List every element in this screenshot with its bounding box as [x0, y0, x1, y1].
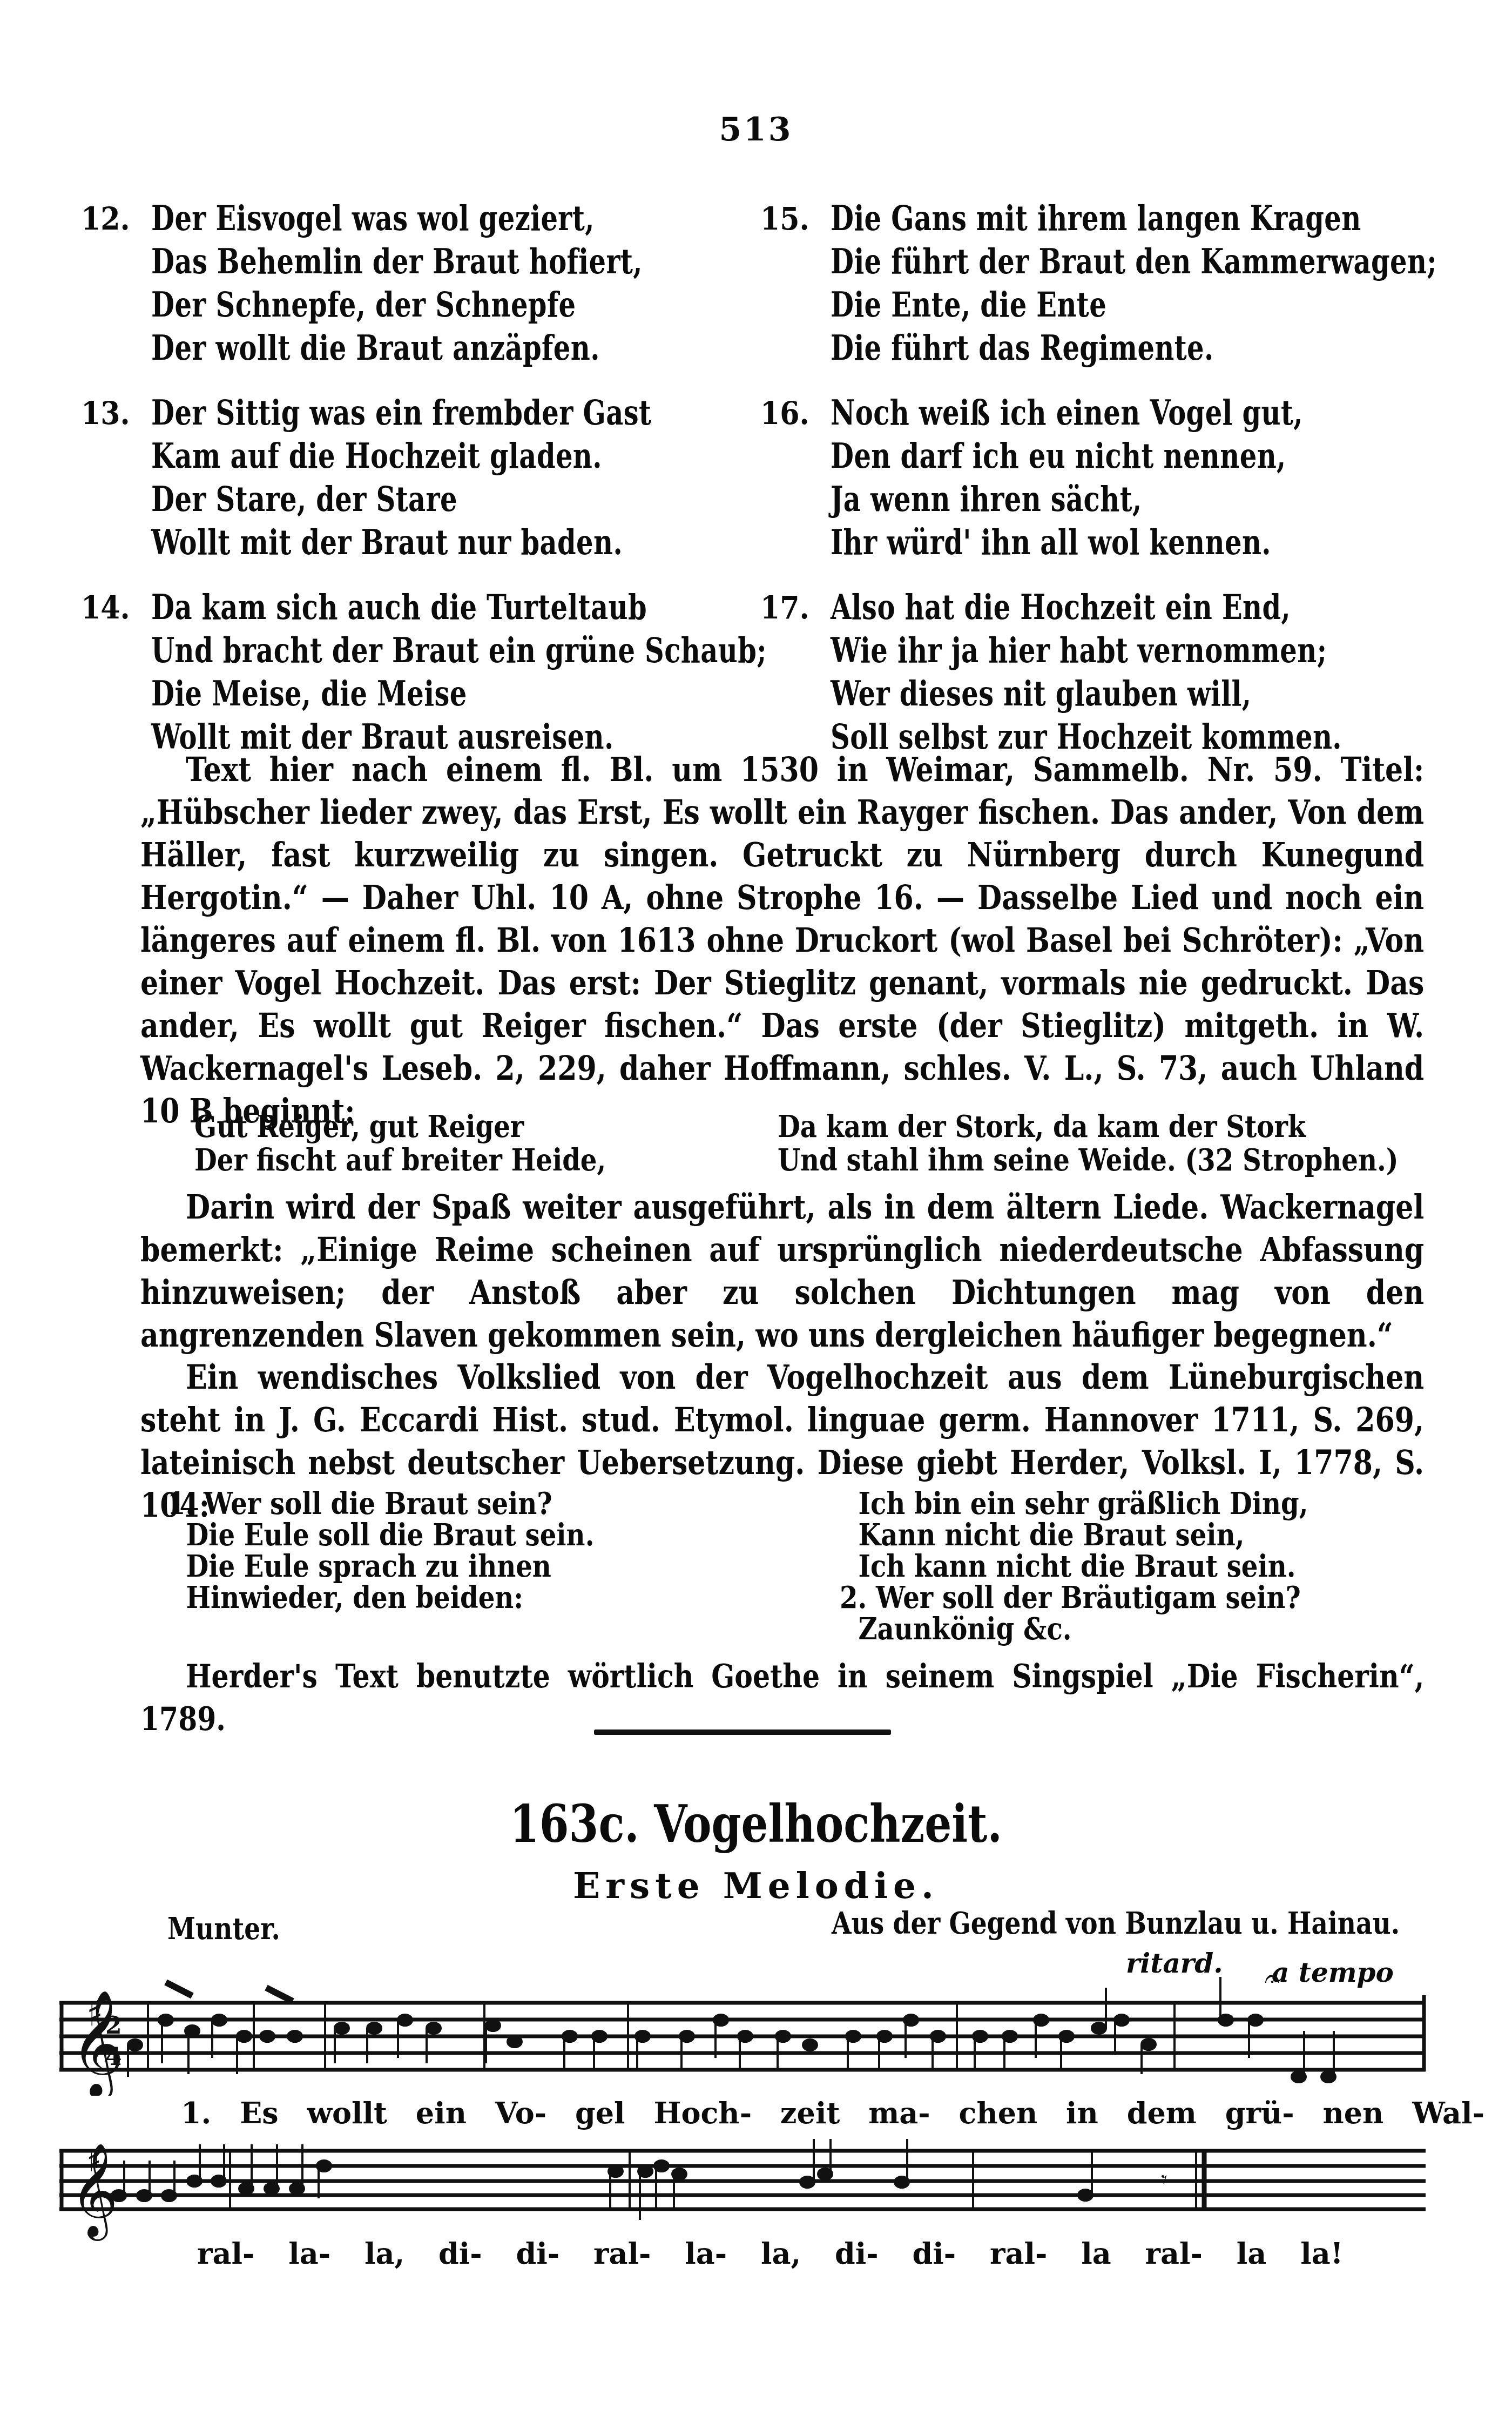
herder-quote-left: 1. Wer soll die Braut sein? Die Eule sol…: [167, 1488, 594, 1613]
lyric-syllable: ral-: [197, 2236, 254, 2271]
lyric-syllable: grü-: [1225, 2096, 1294, 2130]
verse-line: Der wollt die Braut anzäpfen.: [151, 327, 671, 370]
lyric-syllable: la-: [288, 2236, 330, 2271]
svg-text:𝄐: 𝄐: [1265, 1966, 1280, 1994]
lyric-syllable: ma-: [868, 2096, 930, 2130]
verse-line: Da kam sich auch die Turteltaub: [151, 586, 671, 629]
stanza-number: 15.: [760, 197, 820, 240]
verse-line: Und bracht der Braut ein grüne Schaub;: [151, 629, 671, 672]
stanza-17: 17. Also hat die Hochzeit ein End, Wie i…: [760, 586, 1462, 759]
lyric-syllable: zeit: [780, 2096, 840, 2130]
quote-line: Der fischt auf breiter Heide,: [194, 1143, 606, 1177]
lyric-syllable: dem: [1127, 2096, 1197, 2130]
verse-column-right: 15. Die Gans mit ihrem langen Kragen Die…: [760, 197, 1462, 780]
lyric-syllable: Vo-: [495, 2096, 546, 2130]
song-title-text: 163c. Vogelhochzeit.: [510, 1793, 1002, 1854]
music-staff-1: 𝄞 ♯ 24: [59, 1966, 1431, 2096]
sharp-icon: ♯: [86, 2142, 102, 2179]
commentary-text: Darin wird der Spaß weiter ausgeführt, a…: [140, 1186, 1424, 1356]
book-page: 513 12. Der Eisvogel was wol geziert, Da…: [0, 0, 1512, 2436]
commentary-paragraph-2: Darin wird der Spaß weiter ausgeführt, a…: [140, 1186, 1426, 1356]
lyric-syllable: gel: [575, 2096, 625, 2130]
quote-line: Die Eule soll die Braut sein.: [167, 1519, 594, 1551]
quote-line: Die Eule sprach zu ihnen: [167, 1551, 594, 1582]
svg-text:♯: ♯: [86, 1994, 103, 2034]
stanza-13: 13. Der Sittig was ein frembder Gast Kam…: [81, 392, 756, 564]
quote-line: Gut Reiger, gut Reiger: [194, 1110, 606, 1143]
verse-line: Der Eisvogel was wol geziert,: [151, 197, 671, 240]
stanza-14: 14. Da kam sich auch die Turteltaub Und …: [81, 586, 756, 759]
lyric-syllable: ral-: [593, 2236, 651, 2271]
stanza-number: 13.: [81, 392, 140, 435]
quote-line: Da kam der Stork, da kam der Stork: [778, 1110, 1399, 1143]
quote-left-column: Gut Reiger, gut Reiger Der fischt auf br…: [194, 1110, 606, 1177]
lyric-syllable: Wal-: [1412, 2096, 1484, 2130]
song-subtitle: Erste Melodie.: [0, 1865, 1512, 1907]
svg-text:♯: ♯: [86, 2142, 102, 2179]
stanza-16: 16. Noch weiß ich einen Vogel gut, Den d…: [760, 392, 1462, 564]
lyric-syllable: di-: [438, 2236, 482, 2271]
verse-line: Ihr würd' ihn all wol kennen.: [831, 521, 1374, 564]
page-number: 513: [0, 111, 1512, 149]
quote-line: 2. Wer soll der Bräutigam sein?: [840, 1582, 1308, 1613]
lyric-syllable: Es: [240, 2096, 279, 2130]
lyric-syllable: di-: [516, 2236, 560, 2271]
lyric-syllable: chen: [959, 2096, 1038, 2130]
lyric-syllable: Hoch-: [653, 2096, 752, 2130]
verse-line: Die Ente, die Ente: [831, 284, 1374, 327]
stanza-15: 15. Die Gans mit ihrem langen Kragen Die…: [760, 197, 1462, 370]
song-origin: Aus der Gegend von Bunzlau u. Hainau.: [832, 1906, 1400, 1941]
quote-line: Und stahl ihm seine Weide. (32 Strophen.…: [778, 1143, 1399, 1177]
svg-text:𝄾: 𝄾: [1161, 2166, 1167, 2193]
tempo-marking: Munter.: [167, 1911, 280, 1947]
lyric-syllable: 1.: [181, 2096, 211, 2130]
section-divider: [594, 1730, 891, 1735]
verse-line: Die Meise, die Meise: [151, 672, 671, 716]
lyric-syllable: di-: [835, 2236, 879, 2271]
verse-line: Kam auf die Hochzeit gladen.: [151, 435, 671, 478]
stanza-number: 16.: [760, 392, 820, 435]
lyrics-line-2: ral- la- la, di- di- ral- la- la, di- di…: [197, 2236, 1343, 2271]
verse-line: Also hat die Hochzeit ein End,: [831, 586, 1374, 629]
fermata-icon: 𝄐: [1265, 1966, 1280, 1994]
lyric-syllable: la-: [685, 2236, 727, 2271]
lyric-syllable: wollt: [307, 2096, 387, 2130]
song-title: 163c. Vogelhochzeit.: [0, 1793, 1512, 1854]
stanza-number: 17.: [760, 586, 820, 629]
verse-line: Wie ihr ja hier habt vernommen;: [831, 629, 1374, 672]
verse-line: Der Stare, der Stare: [151, 478, 671, 521]
verse-line: Wollt mit der Braut nur baden.: [151, 521, 671, 564]
eighth-rest-icon: 𝄾: [1161, 2166, 1167, 2193]
commentary-text: Text hier nach einem fl. Bl. um 1530 in …: [140, 748, 1424, 1132]
verse-line: Die Gans mit ihrem langen Kragen: [831, 197, 1374, 240]
verse-line: Der Schnepfe, der Schnepfe: [151, 284, 671, 327]
lyrics-line-1: 1. Es wollt ein Vo- gel Hoch- zeit ma- c…: [181, 2096, 1512, 2130]
lyric-syllable: la,: [761, 2236, 801, 2271]
quote-line: 1. Wer soll die Braut sein?: [167, 1488, 594, 1519]
commentary-paragraph-4: Herder's Text benutzte wörtlich Goethe i…: [140, 1656, 1426, 1741]
quote-right-column: Da kam der Stork, da kam der Stork Und s…: [778, 1110, 1399, 1177]
commentary-text: Herder's Text benutzte wörtlich Goethe i…: [140, 1656, 1424, 1741]
stanza-12: 12. Der Eisvogel was wol geziert, Das Be…: [81, 197, 756, 370]
lyric-syllable: ein: [416, 2096, 467, 2130]
verse-column-left: 12. Der Eisvogel was wol geziert, Das Be…: [81, 197, 756, 780]
verse-line: Die führt der Braut den Kammerwagen;: [831, 240, 1374, 284]
lyric-syllable: la,: [364, 2236, 404, 2271]
lyric-syllable: in: [1066, 2096, 1098, 2130]
quote-line: Ich kann nicht die Braut sein.: [840, 1551, 1308, 1582]
commentary-paragraph-1: Text hier nach einem fl. Bl. um 1530 in …: [140, 748, 1426, 1132]
verse-line: Das Behemlin der Braut hofiert,: [151, 240, 671, 284]
lyric-syllable: ral-: [990, 2236, 1047, 2271]
verse-line: Der Sittig was ein frembder Gast: [151, 392, 671, 435]
quote-line: Kann nicht die Braut sein,: [840, 1519, 1308, 1551]
verse-line: Die führt das Regimente.: [831, 327, 1374, 370]
quote-line: Ich bin ein sehr gräßlich Ding,: [840, 1488, 1308, 1519]
lyric-syllable: la!: [1300, 2236, 1343, 2271]
lyric-syllable: nen: [1322, 2096, 1383, 2130]
quote-line: Zaunkönig &c.: [840, 1613, 1308, 1645]
herder-quote-right: Ich bin ein sehr gräßlich Ding, Kann nic…: [840, 1488, 1308, 1645]
lyric-syllable: di-: [913, 2236, 956, 2271]
stanza-number: 14.: [81, 586, 140, 629]
verse-line: Wer dieses nit glauben will,: [831, 672, 1374, 716]
lyric-syllable: la: [1081, 2236, 1111, 2271]
lyric-syllable: ral-: [1145, 2236, 1203, 2271]
stanza-number: 12.: [81, 197, 140, 240]
verse-line: Ja wenn ihren sächt,: [831, 478, 1374, 521]
verse-line: Noch weiß ich einen Vogel gut,: [831, 392, 1374, 435]
music-staff-2: 𝄞 ♯ 𝄾: [59, 2139, 1431, 2247]
verse-line: Den darf ich eu nicht nennen,: [831, 435, 1374, 478]
quote-line: Hinwieder, den beiden:: [167, 1582, 594, 1613]
sharp-icon: ♯: [86, 1994, 103, 2034]
svg-text:2: 2: [105, 2012, 122, 2040]
lyric-syllable: la: [1237, 2236, 1267, 2271]
svg-text:4: 4: [105, 2043, 122, 2071]
